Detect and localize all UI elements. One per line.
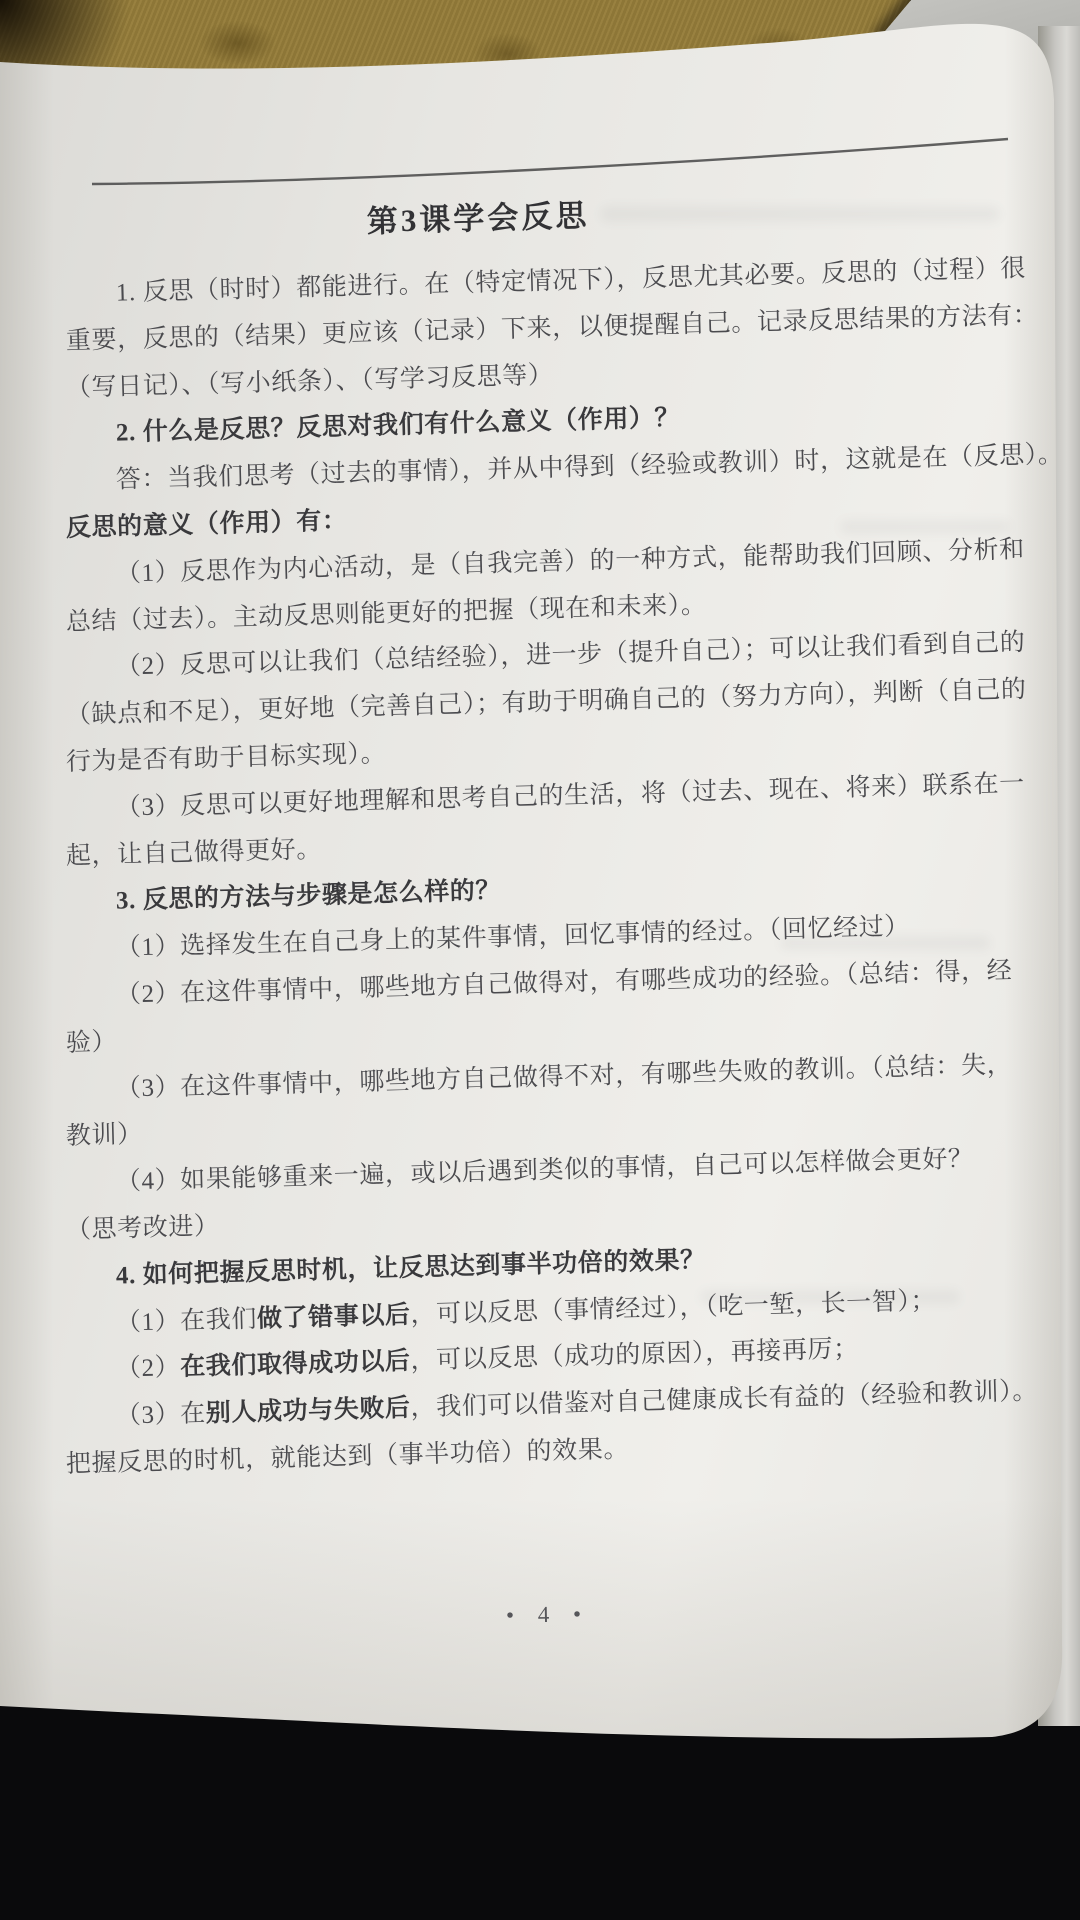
page-number: • 4 • bbox=[78, 1594, 1018, 1636]
page-text: 1. 反思（时时）都能进行。在（特定情况下），反思尤其必要。反思的（过程）很重要… bbox=[66, 272, 1014, 1489]
page-title: 第3课学会反思 bbox=[78, 182, 879, 249]
photo-of-book-page: 第3课学会反思 1. 反思（时时）都能进行。在（特定情况下），反思尤其必要。反思… bbox=[0, 0, 1080, 1920]
book-page: 第3课学会反思 1. 反思（时时）都能进行。在（特定情况下），反思尤其必要。反思… bbox=[0, 0, 1080, 1920]
